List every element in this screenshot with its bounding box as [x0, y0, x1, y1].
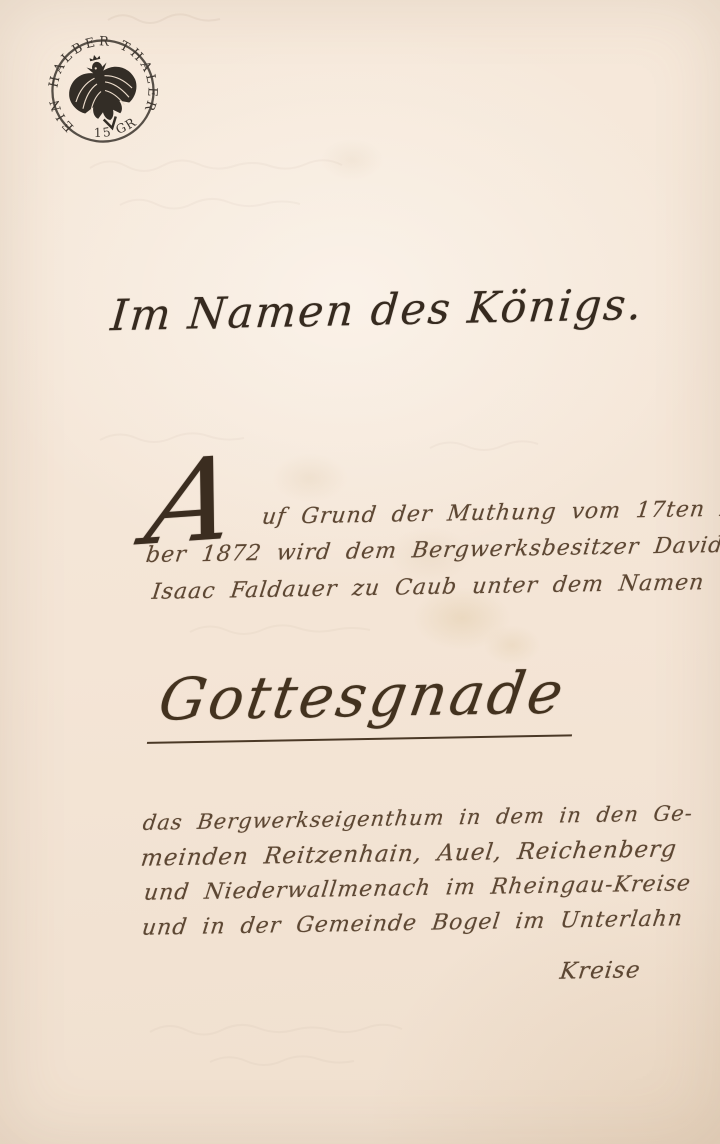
paragraph1-line3: Isaac Faldauer zu Caub unter dem Namen: [151, 570, 706, 605]
paragraph2-line3: und Niederwallmenach im Rheingau-Kreise: [143, 871, 693, 906]
paragraph2-line2: meinden Reitzenhain, Auel, Reichenberg: [139, 836, 678, 871]
paragraph1-line1: uf Grund der Muthung vom 17ten Novem-: [261, 495, 720, 530]
paragraph2-line4: und in der Gemeinde Bogel im Unterlahn: [141, 906, 685, 940]
mine-name: Gottesgnade: [147, 658, 585, 744]
document-page: EIN HALBER THALER 15 GR: Im Namen des Kö…: [0, 0, 720, 1144]
paragraph2-closing-word: Kreise: [558, 957, 642, 984]
mine-name-row: Gottesgnade: [0, 662, 720, 740]
paragraph2-line1: das Bergwerkseigenthum in dem in den Ge-: [142, 801, 695, 835]
paragraph1-line2: ber 1872 wird dem Bergwerksbesitzer Davi…: [145, 533, 720, 568]
page-title: Im Namen des Königs.: [0, 278, 720, 343]
revenue-stamp: EIN HALBER THALER 15 GR:: [24, 12, 182, 170]
